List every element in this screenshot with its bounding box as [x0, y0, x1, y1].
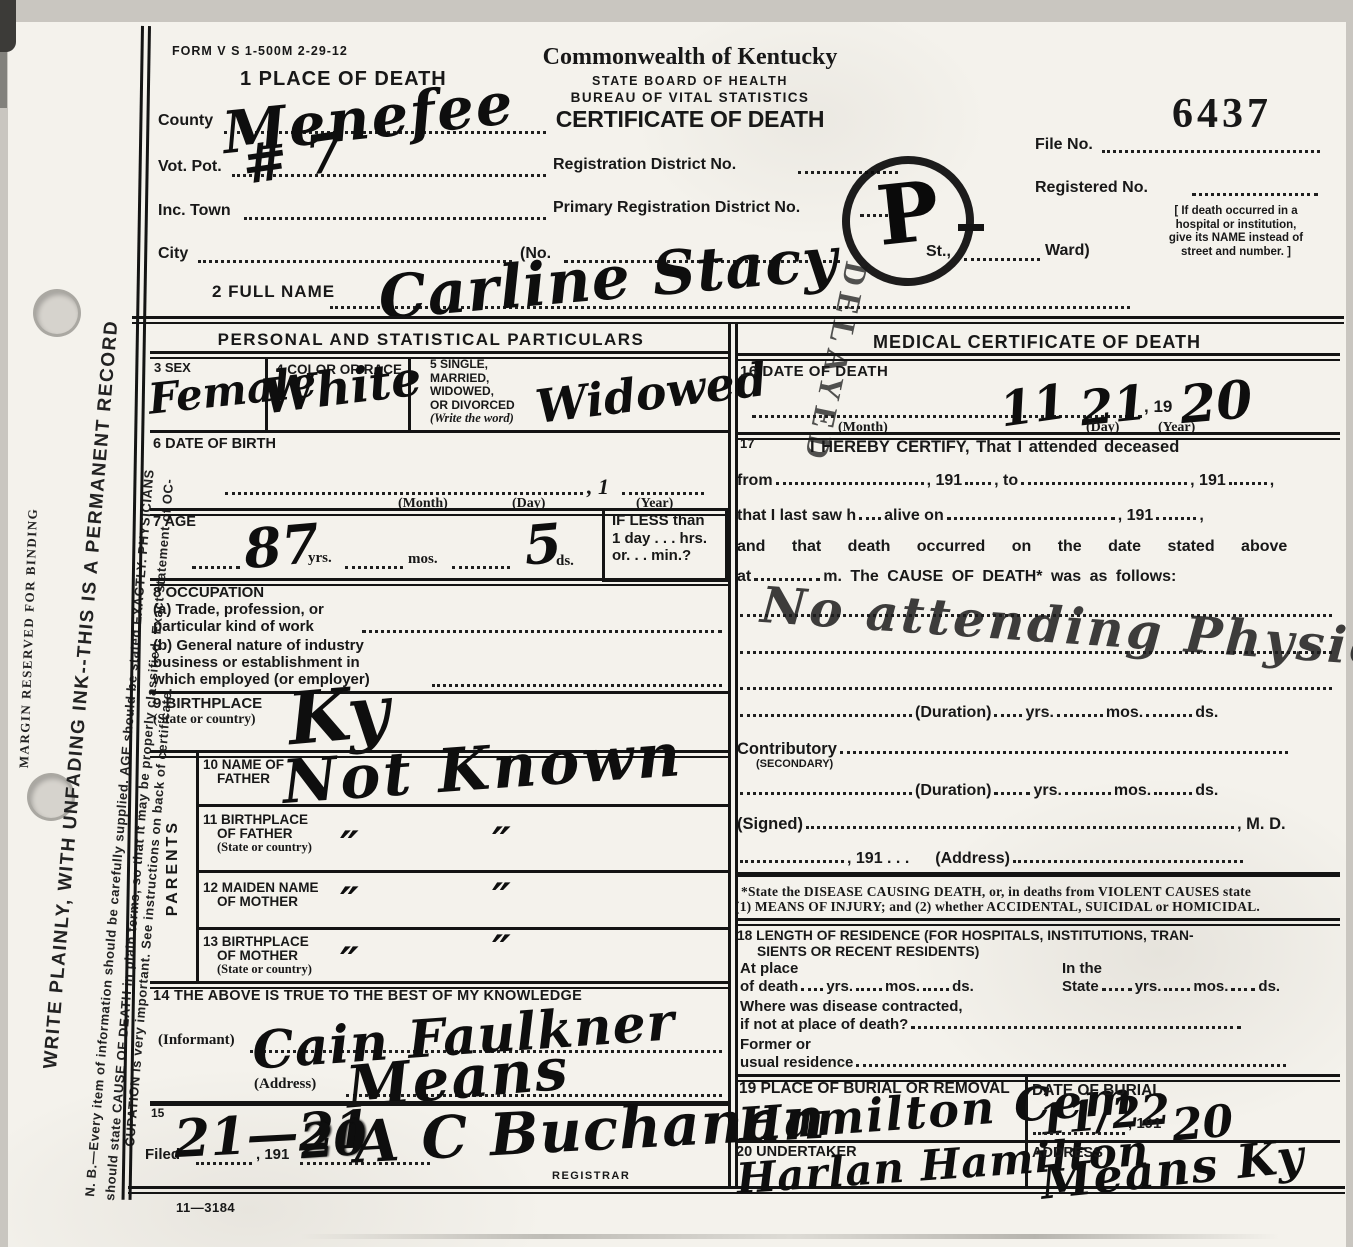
dotted-fill — [1021, 480, 1187, 485]
certify-line: I HEREBY CERTIFY, That I attended deceas… — [810, 438, 1179, 457]
city-label: City — [158, 245, 188, 263]
signed-date-line: , 191 . . .(Address) — [737, 850, 1246, 868]
dotted-fill — [740, 858, 844, 863]
personal-section-title: PERSONAL AND STATISTICAL PARTICULARS — [150, 330, 712, 350]
age-ds-label: ds. — [556, 553, 574, 570]
p-stamp-letter: P — [872, 163, 943, 265]
duration2-ds: ds. — [1195, 782, 1218, 799]
parents-rule-3 — [196, 927, 728, 930]
duration1-mos: mos. — [1106, 704, 1143, 721]
certify-saw-line: that I last saw halive on, 191, — [737, 507, 1204, 525]
in-the-label: In the — [1062, 960, 1102, 977]
certify-occurred-line: and that death occurred on the date stat… — [737, 538, 1287, 556]
mother-bp-label-1: 13 BIRTHPLACE — [203, 934, 309, 949]
informant-address-label: (Address) — [254, 1076, 316, 1093]
dotted-fill — [801, 986, 823, 991]
bureau-line: BUREAU OF VITAL STATISTICS — [540, 90, 840, 105]
birthplace-sub-label: (State or country) — [153, 711, 255, 727]
dotted-fill — [1013, 858, 1243, 863]
state-board-line: STATE BOARD OF HEALTH — [540, 74, 840, 88]
filed-191-label: , 191 — [256, 1146, 289, 1163]
saw-191: , 191 — [1118, 507, 1154, 524]
marital-label-line4: OR DIVORCED — [430, 399, 515, 413]
dotted-fill — [1164, 986, 1190, 991]
age-line1 — [192, 566, 240, 569]
footnote-line1: *State the DISEASE CAUSING DEATH, or, in… — [741, 884, 1251, 900]
occupation-label: 8 OCCUPATION — [153, 584, 264, 601]
occupation-a-line — [362, 630, 722, 633]
contracted-line: if not at place of death? — [740, 1016, 1244, 1033]
last-saw-label: that I last saw h — [737, 507, 856, 524]
birthplace-label: 9 BIRTHPLACE — [153, 695, 262, 712]
registered-no-label: Registered No. — [1035, 179, 1148, 197]
header-divider — [132, 316, 1344, 324]
father-bp-ditto-1: ″ — [340, 822, 359, 871]
vot-pot-label: Vot. Pot. — [158, 158, 222, 176]
filed-number: 15 — [151, 1106, 164, 1120]
age-years-handwriting: 87 — [241, 511, 321, 581]
medical-section-title: MEDICAL CERTIFICATE OF DEATH — [737, 332, 1337, 353]
cause-line-3 — [740, 687, 1332, 690]
father-bp-label-1: 11 BIRTHPLACE — [203, 812, 308, 827]
state-label: State — [1062, 978, 1099, 995]
parents-divider — [196, 753, 199, 983]
state-yrs: yrs. — [1135, 978, 1162, 995]
father-bp-ditto-2: ″ — [492, 818, 511, 867]
occupation-b2: business or establishment in — [153, 654, 360, 671]
scan-edge-blob — [0, 0, 16, 52]
duration-label-2: (Duration) — [915, 782, 991, 799]
duration-line-2: (Duration)yrs.mos.ds. — [737, 782, 1218, 800]
dob-line2 — [622, 492, 704, 495]
place-yrs: yrs. — [826, 978, 853, 995]
date-of-death-label: 16 DATE OF DEATH — [740, 363, 888, 380]
dotted-fill — [1102, 986, 1132, 991]
medical-title-rule — [737, 353, 1340, 361]
at-place-line: of deathyrs.mos.ds. — [740, 978, 974, 995]
dob-line1 — [225, 492, 583, 495]
ward-label: Ward) — [1045, 242, 1090, 260]
duration-label-1: (Duration) — [915, 704, 991, 721]
scan-smudge — [300, 1234, 1280, 1239]
dotted-fill — [994, 712, 1022, 717]
mother-bp-label-2: OF MOTHER — [217, 948, 298, 963]
death-month-handwriting: 11 — [996, 374, 1070, 439]
informant-label: (Informant) — [158, 1032, 235, 1049]
p-stamp-dash — [958, 224, 984, 231]
form-code: 11—3184 — [176, 1200, 235, 1215]
dotted-fill — [994, 790, 1030, 795]
dotted-fill — [923, 986, 949, 991]
inc-town-line — [244, 217, 546, 220]
if-less-line2: 1 day . . . hrs. — [612, 530, 707, 548]
dotted-fill — [840, 749, 1288, 754]
dotted-fill — [1231, 986, 1255, 991]
signed-label: (Signed) — [737, 815, 803, 833]
dotted-fill — [1065, 790, 1111, 795]
hospital-note-line1: [ If death occurred in a — [1140, 205, 1332, 219]
dotted-fill — [859, 515, 881, 520]
parents-vertical-text: PARENTS — [164, 820, 182, 916]
age-label: 7 AGE — [153, 514, 196, 530]
full-name-label: 2 FULL NAME — [212, 282, 335, 302]
marital-label-line5: (Write the word) — [430, 412, 515, 426]
to-label: , to — [994, 472, 1018, 489]
mother-name-label-2: OF MOTHER — [217, 894, 298, 909]
file-no-line — [1102, 150, 1320, 153]
mother-name-ditto-2: ″ — [492, 874, 511, 923]
mother-bp-ditto-2: ″ — [492, 926, 511, 975]
parents-rule-1 — [196, 804, 728, 807]
dotted-fill — [740, 790, 912, 795]
signed-191: , 191 . . . — [847, 850, 909, 867]
dob-value: , 1 — [587, 474, 609, 500]
row3-rule — [150, 430, 728, 433]
file-no-label: File No. — [1035, 136, 1093, 154]
mother-bp-ditto-1: ″ — [340, 938, 359, 987]
dotted-fill — [1156, 515, 1196, 520]
death-year-print: , 19 — [1144, 397, 1172, 417]
parents-vertical-label: PARENTS — [150, 753, 196, 983]
usual-residence-line: usual residence — [740, 1054, 1289, 1071]
age-yrs-label: yrs. — [308, 550, 332, 567]
dotted-fill — [1229, 480, 1267, 485]
occupation-rule — [150, 691, 728, 694]
dotted-fill — [911, 1024, 1241, 1029]
dotted-fill — [947, 515, 1115, 520]
mother-name-label-1: 12 MAIDEN NAME — [203, 880, 319, 895]
mother-name-ditto-1: ″ — [340, 878, 359, 927]
dotted-fill — [856, 986, 882, 991]
contracted-label-2: if not at place of death? — [740, 1016, 908, 1033]
scan-edge-streak — [0, 48, 7, 108]
alive-on-label: alive on — [884, 507, 944, 524]
contributory-line: Contributory — [737, 740, 1291, 759]
hospital-note-line4: street and number. ] — [1140, 246, 1332, 260]
form-number: FORM V S 1-500M 2-29-12 — [172, 44, 348, 58]
place-ds: ds. — [952, 978, 974, 995]
hospital-note-line3: give its NAME instead of — [1140, 232, 1332, 246]
father-name-label-1: 10 NAME OF — [203, 757, 284, 772]
st-line — [964, 258, 1040, 261]
inc-town-label: Inc. Town — [158, 202, 231, 220]
if-less-line1: IF LESS than — [612, 512, 707, 530]
of-death-label: of death — [740, 978, 798, 995]
place-mos: mos. — [885, 978, 920, 995]
if-less-box: IF LESS than 1 day . . . hrs. or. . . mi… — [602, 508, 728, 582]
usual-residence-label: usual residence — [740, 1054, 853, 1071]
duration1-yrs: yrs. — [1025, 704, 1053, 721]
contributory-label: Contributory — [737, 740, 837, 758]
contracted-label-1: Where was disease contracted, — [740, 998, 963, 1015]
certificate-title: CERTIFICATE OF DEATH — [540, 106, 840, 133]
certificate-number: 6437 — [1172, 90, 1272, 138]
dotted-fill — [856, 1062, 1286, 1067]
commonwealth-title: Commonwealth of Kentucky — [540, 44, 840, 71]
dotted-fill — [776, 480, 924, 485]
residence-label-2: SIENTS OR RECENT RESIDENTS) — [757, 944, 979, 959]
former-label: Former or — [740, 1036, 811, 1053]
signed-address-label: (Address) — [935, 850, 1010, 867]
dotted-fill — [740, 712, 912, 717]
primary-registration-label: Primary Registration District No. — [553, 199, 800, 217]
saw-comma: , — [1199, 507, 1203, 524]
county-label: County — [158, 112, 213, 130]
father-bp-label-2: OF FATHER — [217, 826, 293, 841]
father-name-label-2: FATHER — [217, 771, 270, 786]
footnote-bottom-rule — [737, 918, 1340, 926]
if-less-line3: or. . . min.? — [612, 547, 707, 565]
father-bp-label-3: (State or country) — [217, 840, 312, 855]
marital-label-line2: MARRIED, — [430, 372, 515, 386]
age-mos-label: mos. — [408, 551, 438, 568]
mother-bp-label-3: (State or country) — [217, 962, 312, 977]
dotted-fill — [1146, 712, 1192, 717]
duration2-mos: mos. — [1114, 782, 1151, 799]
age-line2 — [345, 566, 403, 569]
dotted-fill — [1154, 790, 1192, 795]
state-line: Stateyrs.mos.ds. — [1062, 978, 1280, 995]
dotted-fill — [1057, 712, 1103, 717]
marital-label: 5 SINGLE, MARRIED, WIDOWED, OR DIVORCED … — [430, 358, 515, 426]
signed-line: (Signed), M. D. — [737, 815, 1286, 834]
from-191: , 191 — [927, 472, 963, 489]
at-place-label: At place — [740, 960, 798, 977]
from-comma: , — [1270, 472, 1274, 489]
punch-hole-top — [36, 292, 78, 334]
md-label: , M. D. — [1237, 815, 1286, 833]
duration1-ds: ds. — [1195, 704, 1218, 721]
if-less-text: IF LESS than 1 day . . . hrs. or. . . mi… — [612, 512, 707, 565]
duration2-yrs: yrs. — [1033, 782, 1061, 799]
dob-label: 6 DATE OF BIRTH — [153, 436, 276, 452]
state-ds: ds. — [1258, 978, 1280, 995]
hospital-note: [ If death occurred in a hospital or ins… — [1140, 205, 1332, 259]
occupation-a2: particular kind of work — [153, 618, 314, 635]
certify-number: 17 — [740, 436, 754, 451]
at-label: at — [737, 568, 751, 585]
death-certificate-scan: MARGIN RESERVED FOR BINDING WRITE PLAINL… — [0, 0, 1353, 1247]
from-label: from — [737, 472, 773, 489]
marital-label-line3: WIDOWED, — [430, 385, 515, 399]
state-mos: mos. — [1193, 978, 1228, 995]
registered-no-line — [1192, 193, 1318, 196]
occupation-a1: (a) Trade, profession, or — [153, 601, 324, 618]
to-191: , 191 — [1190, 472, 1226, 489]
dotted-fill — [806, 824, 1234, 829]
certify-from-line: from, 191, to, 191, — [737, 472, 1274, 490]
secondary-label: (SECONDARY) — [756, 758, 833, 770]
occupation-b1: (b) General nature of industry — [153, 637, 364, 654]
occupation-b-line — [432, 684, 722, 687]
residence-label-1: 18 LENGTH OF RESIDENCE (FOR HOSPITALS, I… — [737, 928, 1194, 943]
registration-district-label: Registration District No. — [553, 156, 736, 174]
parents-rule-2 — [196, 870, 728, 873]
registrar-label: REGISTRAR — [552, 1170, 630, 1182]
footnote-line2: (1) MEANS OF INJURY; and (2) whether ACC… — [735, 899, 1260, 915]
age-line3 — [452, 566, 510, 569]
hospital-note-line2: hospital or institution, — [1140, 219, 1332, 233]
marital-label-line1: 5 SINGLE, — [430, 358, 515, 372]
duration-line-1: (Duration)yrs.mos.ds. — [737, 704, 1218, 722]
dotted-fill — [965, 480, 991, 485]
footnote-top-rule — [737, 872, 1340, 877]
